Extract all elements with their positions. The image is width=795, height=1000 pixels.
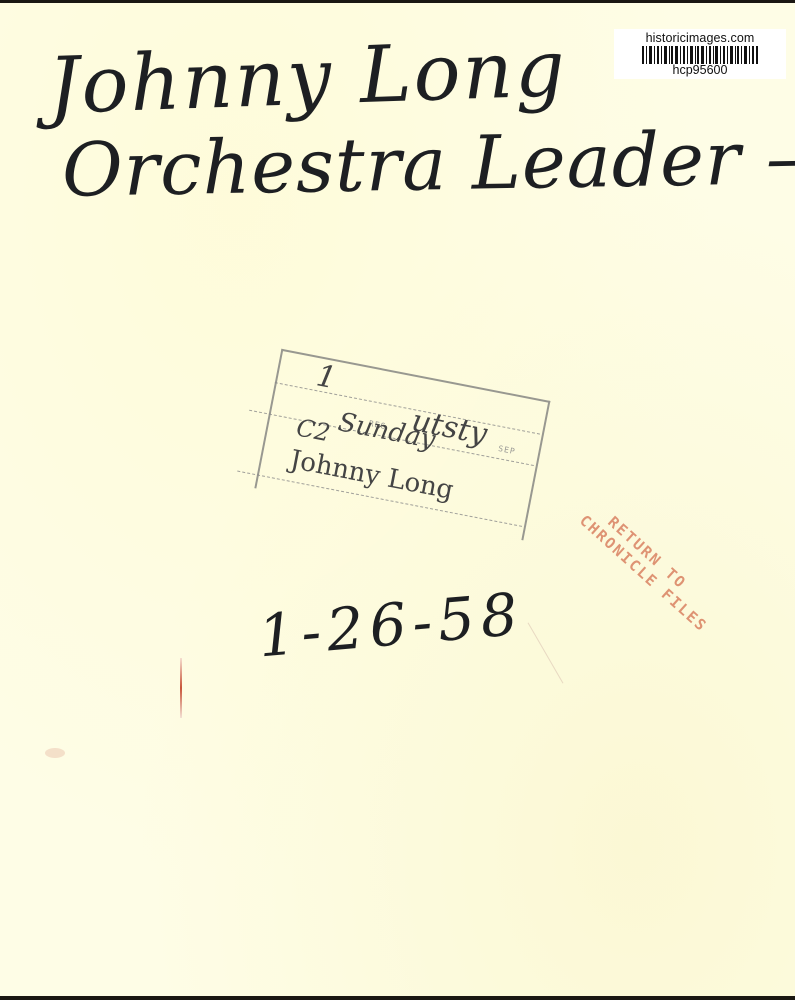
barcode-icon	[642, 46, 758, 64]
label-code-text: hcp95600	[614, 64, 786, 77]
label-site-text: historicimages.com	[614, 31, 786, 45]
archive-stamp: 1 REC SEP utsty Sunday C2 Johnny Long	[222, 343, 547, 555]
return-stamp-line2: CHRONICLE FILES	[576, 511, 711, 635]
caption-line-name: Johnny Long	[47, 24, 569, 132]
return-to-files-stamp: RETURN TO CHRONICLE FILES	[576, 498, 723, 635]
handwritten-date: 1-26-58	[256, 580, 527, 671]
paper-smudge	[45, 748, 65, 758]
caption-line-title: Orchestra Leader —	[61, 114, 795, 214]
inventory-barcode-label: historicimages.com hcp95600	[614, 29, 786, 79]
red-pencil-mark	[180, 658, 182, 718]
paper-crease	[528, 622, 564, 683]
return-stamp-line1: RETURN TO	[604, 513, 723, 622]
photo-back-paper: historicimages.com hcp95600	[0, 3, 795, 996]
